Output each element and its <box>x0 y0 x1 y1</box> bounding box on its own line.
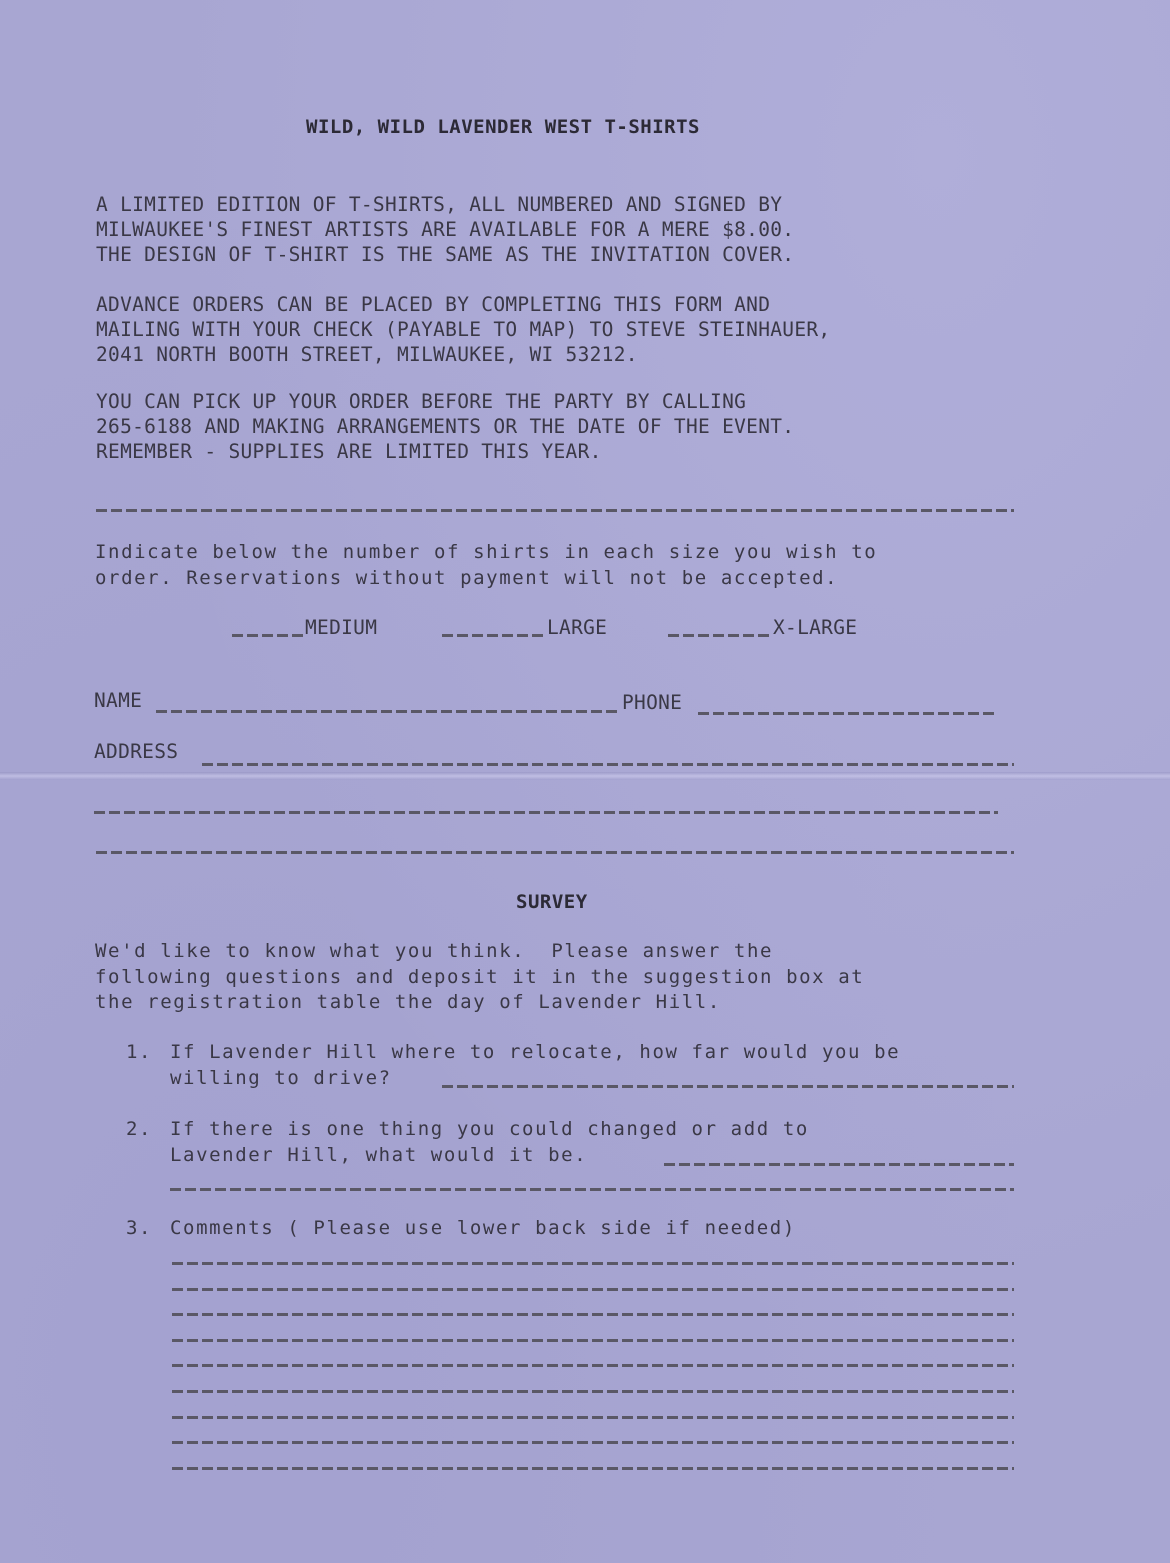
question-2-answer-field-line-2[interactable] <box>170 1188 1014 1191</box>
large-quantity-field[interactable] <box>442 634 546 637</box>
size-label-xlarge: X-LARGE <box>773 616 857 639</box>
paper-fold-crease <box>0 772 1170 780</box>
cut-line-separator <box>96 509 1014 512</box>
address-field-line-3[interactable] <box>96 851 1014 854</box>
comment-line[interactable] <box>172 1339 1014 1342</box>
address-label: ADDRESS <box>94 740 178 763</box>
size-label-medium: MEDIUM <box>305 616 377 639</box>
name-field[interactable] <box>156 710 620 713</box>
intro-paragraph-3: YOU CAN PICK UP YOUR ORDER BEFORE THE PA… <box>96 389 794 464</box>
comment-line[interactable] <box>172 1390 1014 1393</box>
question-1-number: 1. <box>126 1040 152 1066</box>
comment-line[interactable] <box>172 1441 1014 1444</box>
address-field-line-2[interactable] <box>94 811 998 814</box>
question-2-answer-field-line-1[interactable] <box>664 1163 1014 1166</box>
question-1-text: If Lavender Hill where to relocate, how … <box>170 1040 900 1091</box>
medium-quantity-field[interactable] <box>232 634 304 637</box>
address-field-line-1[interactable] <box>202 763 1014 766</box>
order-instructions: Indicate below the number of shirts in e… <box>95 540 877 591</box>
survey-intro: We'd like to know what you think. Please… <box>95 939 864 1016</box>
comment-line[interactable] <box>172 1262 1014 1265</box>
size-label-large: LARGE <box>547 616 607 639</box>
question-2-number: 2. <box>126 1117 152 1143</box>
phone-label: PHONE <box>622 691 682 714</box>
name-label: NAME <box>94 689 142 712</box>
comment-line[interactable] <box>172 1364 1014 1367</box>
question-2-text: If there is one thing you could changed … <box>170 1117 809 1168</box>
phone-field[interactable] <box>698 712 998 715</box>
comment-line[interactable] <box>172 1313 1014 1316</box>
survey-title: SURVEY <box>516 891 588 913</box>
document-title: WILD, WILD LAVENDER WEST T-SHIRTS <box>306 116 700 138</box>
question-3-text: Comments ( Please use lower back side if… <box>170 1216 796 1242</box>
comment-line[interactable] <box>172 1416 1014 1419</box>
comment-line[interactable] <box>172 1467 1014 1470</box>
question-1-answer-field[interactable] <box>442 1085 1014 1088</box>
xlarge-quantity-field[interactable] <box>668 634 772 637</box>
intro-paragraph-2: ADVANCE ORDERS CAN BE PLACED BY COMPLETI… <box>96 292 830 367</box>
question-3-number: 3. <box>126 1216 152 1242</box>
comment-line[interactable] <box>172 1288 1014 1291</box>
intro-paragraph-1: A LIMITED EDITION OF T-SHIRTS, ALL NUMBE… <box>96 192 794 267</box>
